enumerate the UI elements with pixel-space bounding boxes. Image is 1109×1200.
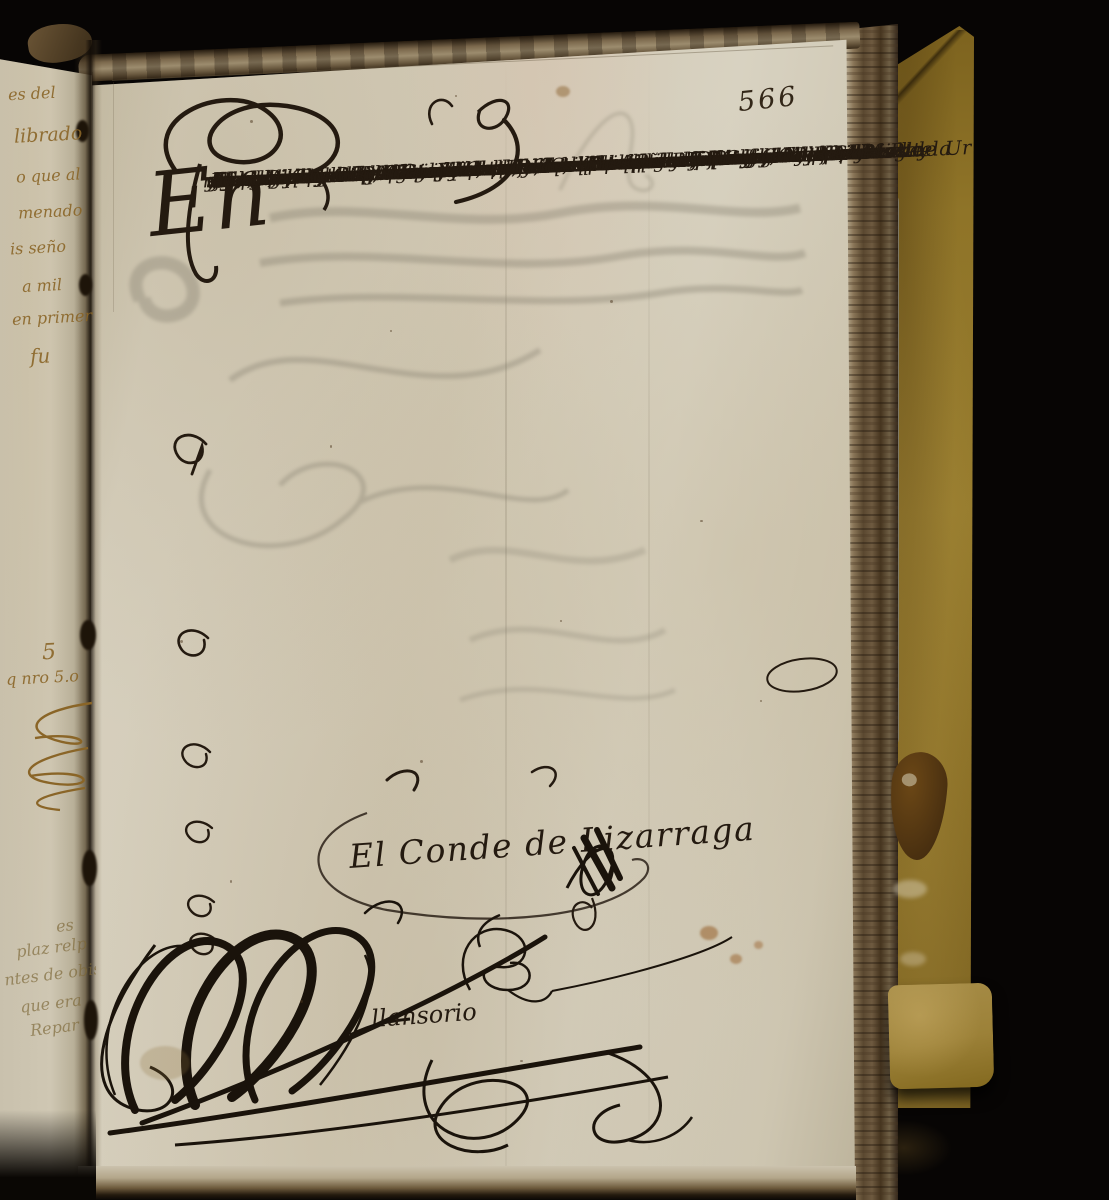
facing-page-fragment: librado <box>13 122 82 148</box>
facing-page-fragment: fu <box>29 343 51 368</box>
folio-number: 566 <box>737 81 800 118</box>
margin-pen-flourishes <box>168 430 228 970</box>
bottom-left-shadow <box>0 1110 96 1200</box>
facing-page-fragment: en primer <box>12 306 93 329</box>
facing-page-fragment: que era <box>19 990 83 1016</box>
foxing-speck <box>455 95 457 97</box>
foxing-speck <box>560 620 562 622</box>
cover-scuff <box>900 952 926 966</box>
facing-page-fragment: menado <box>18 200 83 222</box>
foxing-speck <box>180 640 183 643</box>
foxing-speck <box>520 1060 523 1062</box>
cover-scuff <box>893 880 927 898</box>
foxing-speck <box>640 830 642 832</box>
facing-page-fragment: Repar <box>29 1015 80 1040</box>
facing-page-fragment: q nro 5.o <box>6 666 80 689</box>
facing-page-fragment: es <box>55 915 75 936</box>
facing-page-fragment: es del <box>8 83 57 104</box>
facing-page-fragment: o que al <box>16 164 81 186</box>
foxing-speck <box>390 330 392 332</box>
facing-page-fragment: 5 <box>41 640 56 666</box>
facing-page-fragment: is seño <box>10 237 67 259</box>
foxing-speck <box>760 700 762 702</box>
facing-page-ink: es del librado o que al menado is seño a… <box>0 0 96 1200</box>
facing-page-fragment: a mil <box>22 275 63 296</box>
cover-stain-highlight <box>901 773 917 787</box>
foxing-speck <box>250 120 253 123</box>
foxing-speck <box>230 880 232 883</box>
facing-page-fragment: plaz relp <box>15 934 88 961</box>
facing-page-flourish <box>0 688 96 818</box>
manuscript-photo: En la Ciudad de Manila en catorce dias d… <box>0 0 1109 1200</box>
rust-stain <box>556 86 570 97</box>
bottom-edge-pages <box>78 1166 856 1200</box>
facing-page-fragment: ntes de obisp <box>3 958 96 990</box>
foxing-speck <box>300 1000 303 1003</box>
foxing-speck <box>420 760 423 763</box>
foxing-speck <box>330 445 332 448</box>
showthrough-lower-ghost <box>420 520 690 730</box>
rust-stain <box>700 926 718 940</box>
rust-stain <box>730 954 742 964</box>
foxing-speck <box>700 520 703 522</box>
notarial-rubric: llansorio <box>80 895 740 1175</box>
cover-bottom-turnin <box>888 983 995 1090</box>
rust-stain <box>754 941 763 949</box>
razon-superscript-loop <box>760 648 844 702</box>
governor-signature-text: El Conde de Lizarraga <box>347 809 757 876</box>
foxing-speck <box>610 300 613 303</box>
tea-stain <box>140 1046 190 1080</box>
